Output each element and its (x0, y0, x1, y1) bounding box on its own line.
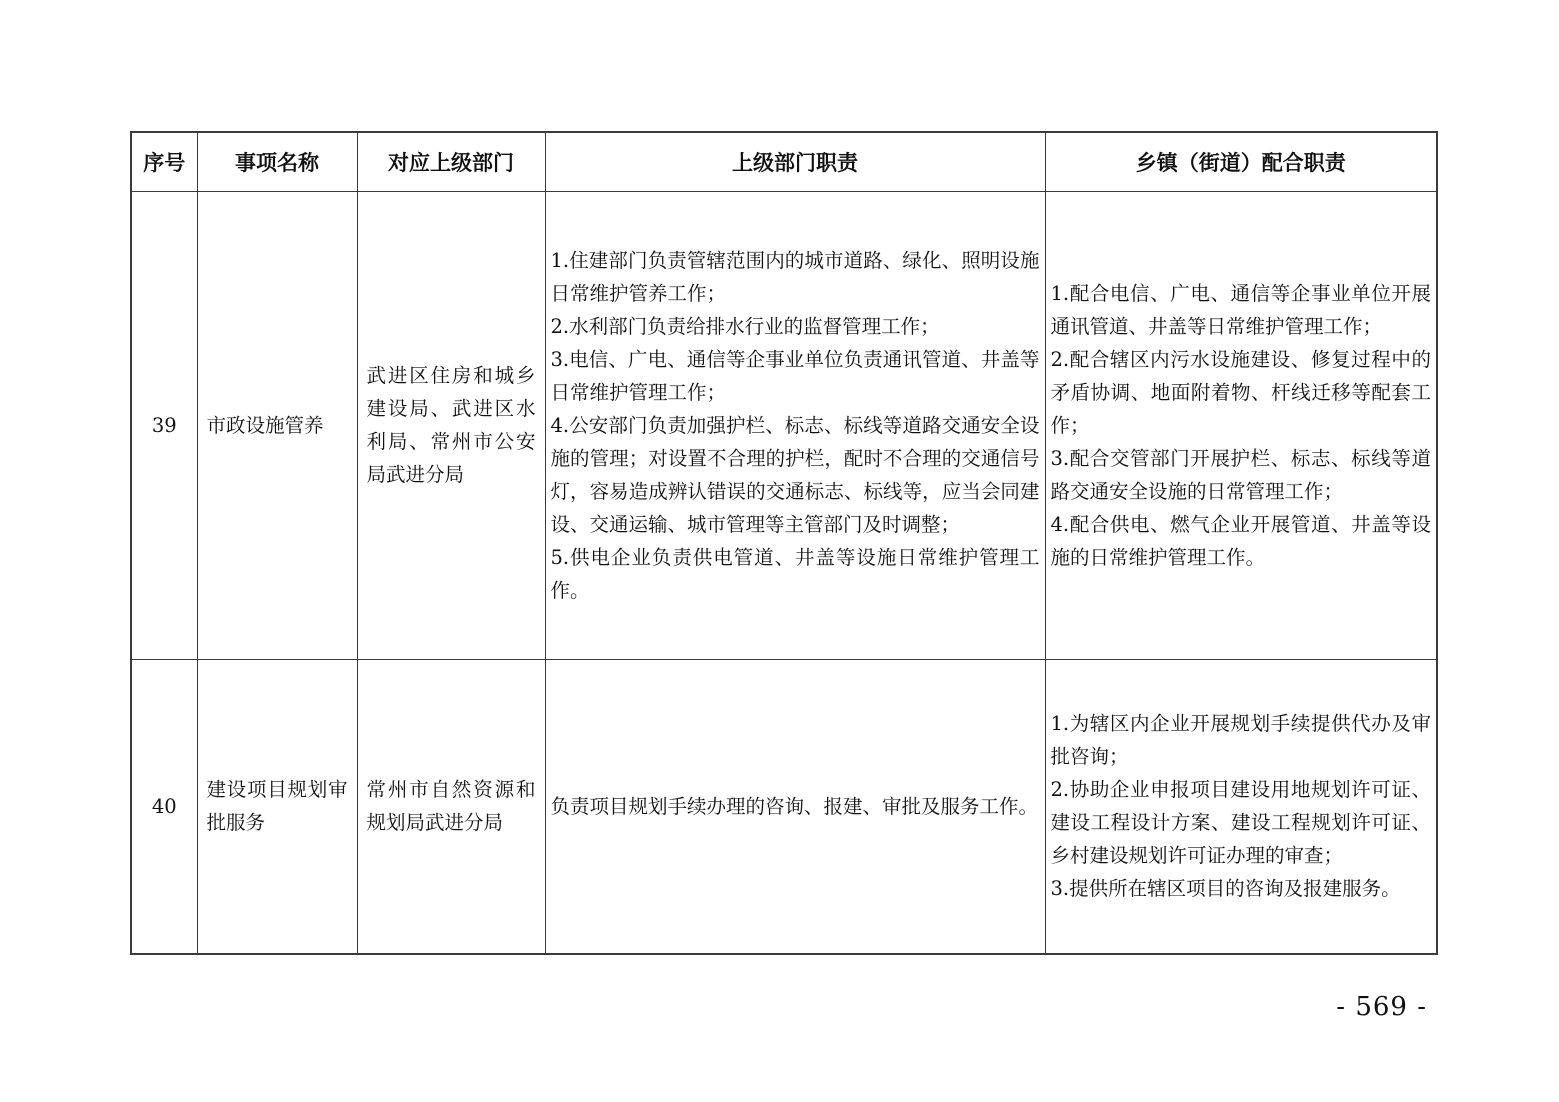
column-header-department: 对应上级部门 (357, 132, 545, 191)
table-row: 40 建设项目规划审批服务 常州市自然资源和规划局武进分局 负责项目规划手续办理… (131, 659, 1437, 954)
cell-superior-duties: 1.住建部门负责管辖范围内的城市道路、绿化、照明设施日常维护管养工作； 2.水利… (545, 191, 1045, 659)
cell-superior-duties: 负责项目规划手续办理的咨询、报建、审批及服务工作。 (545, 659, 1045, 954)
cell-row-index: 39 (131, 191, 197, 659)
cell-department: 武进区住房和城乡建设局、武进区水利局、常州市公安局武进分局 (357, 191, 545, 659)
column-header-item-name: 事项名称 (197, 132, 357, 191)
column-header-township-duties: 乡镇（街道）配合职责 (1045, 132, 1437, 191)
cell-township-duties: 1.为辖区内企业开展规划手续提供代办及审批咨询； 2.协助企业申报项目建设用地规… (1045, 659, 1437, 954)
cell-township-duties: 1.配合电信、广电、通信等企事业单位开展通讯管道、井盖等日常维护管理工作； 2.… (1045, 191, 1437, 659)
document-page: 序号 事项名称 对应上级部门 上级部门职责 乡镇（街道）配合职责 39 市政设施… (0, 0, 1559, 1102)
column-header-index: 序号 (131, 132, 197, 191)
table-header-row: 序号 事项名称 对应上级部门 上级部门职责 乡镇（街道）配合职责 (131, 132, 1437, 191)
page-number: - 569 - (1336, 992, 1427, 1022)
cell-item-name: 建设项目规划审批服务 (197, 659, 357, 954)
cell-department: 常州市自然资源和规划局武进分局 (357, 659, 545, 954)
duties-table: 序号 事项名称 对应上级部门 上级部门职责 乡镇（街道）配合职责 39 市政设施… (130, 131, 1438, 955)
table-row: 39 市政设施管养 武进区住房和城乡建设局、武进区水利局、常州市公安局武进分局 … (131, 191, 1437, 659)
column-header-superior-duties: 上级部门职责 (545, 132, 1045, 191)
cell-item-name: 市政设施管养 (197, 191, 357, 659)
cell-row-index: 40 (131, 659, 197, 954)
